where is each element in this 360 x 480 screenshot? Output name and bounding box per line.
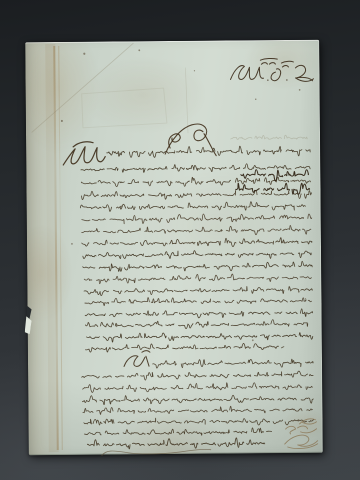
body-paragraph-2 <box>82 359 314 437</box>
signature-rubric <box>285 426 318 449</box>
line-end-flourish <box>299 419 316 424</box>
paper-creases <box>31 43 188 134</box>
ghost-line <box>231 135 307 140</box>
body-paragraph-1 <box>80 145 313 352</box>
manuscript-sheet-wrapper <box>0 0 360 480</box>
photo-backdrop: Photograph of an aged handwritten manusc… <box>0 0 360 480</box>
handwriting-layer <box>0 0 360 480</box>
closing-dateline <box>87 438 264 450</box>
insertion-lines <box>236 169 310 195</box>
underline-flourish <box>102 449 211 455</box>
paragraph2-initial <box>124 351 150 367</box>
initial-capital <box>63 142 105 165</box>
header-inscription <box>230 58 313 82</box>
